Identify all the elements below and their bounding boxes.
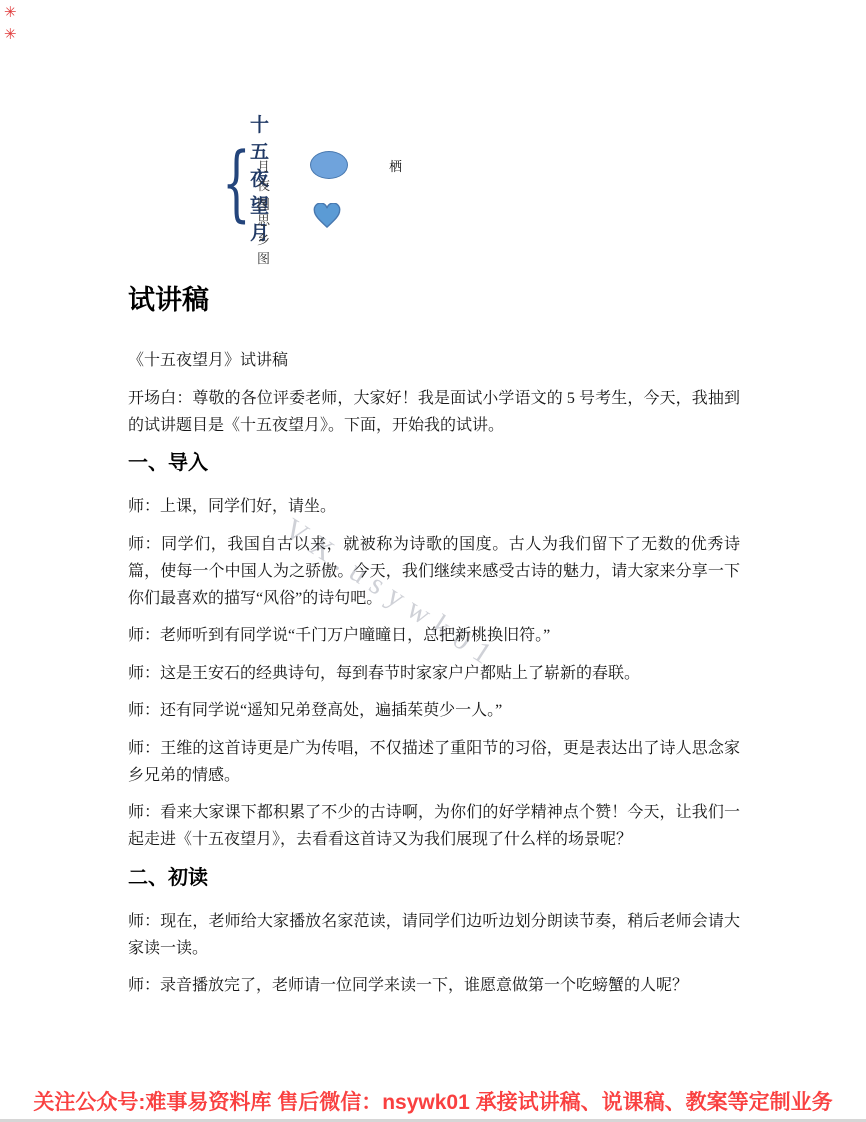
section-heading: 二、初读 [128, 864, 740, 892]
doc-paragraph: 师：现在，老师给大家播放名家范读，请同学们边听边划分朗读节奏，稍后老师会请大家读… [128, 908, 740, 962]
heart-shape-icon [313, 203, 341, 229]
brace-shape: { [222, 143, 251, 225]
doc-paragraph: 师：录音播放完了，老师请一位同学来读一下，谁愿意做第一个吃螃蟹的人呢？ [128, 972, 740, 999]
doc-paragraph: 师：还有同学说“遥知兄弟登高处，遍插茱萸少一人。” [128, 697, 740, 724]
doc-paragraph: 师：王维的这首诗更是广为传唱，不仅描述了重阳节的习俗，更是表达出了诗人思念家乡兄… [128, 735, 740, 789]
doc-paragraph: 师：老师听到有同学说“千门万户曈曈日，总把新桃换旧符。” [128, 622, 740, 649]
footer-banner: 关注公众号:难事易资料库 售后微信：nsywk01 承接试讲稿、说课稿、教案等定… [0, 1086, 866, 1116]
doc-paragraph: 开场白：尊敬的各位评委老师，大家好！我是面试小学语文的 5 号考生，今天，我抽到… [128, 385, 740, 439]
document-page: ✳ ✳ 十五夜望月 { 月夜图 栖 思乡图 VX.usywk01 试讲稿 《十五… [0, 0, 866, 1122]
mindmap-row-label: 月夜图 [257, 156, 270, 213]
corner-mark-icon: ✳ [4, 2, 17, 24]
mindmap-note: 栖 [389, 156, 402, 175]
document-blocks: 《十五夜望月》试讲稿开场白：尊敬的各位评委老师，大家好！我是面试小学语文的 5 … [128, 347, 740, 999]
section-heading: 一、导入 [128, 449, 740, 477]
corner-mark-icon: ✳ [4, 24, 17, 46]
document-body: 试讲稿 《十五夜望月》试讲稿开场白：尊敬的各位评委老师，大家好！我是面试小学语文… [128, 283, 740, 1010]
doc-paragraph: 师：同学们，我国自古以来，就被称为诗歌的国度。古人为我们留下了无数的优秀诗篇，使… [128, 531, 740, 612]
ellipse-shape [310, 151, 348, 179]
page-title: 试讲稿 [128, 283, 740, 317]
corner-marks: ✳ ✳ [4, 2, 17, 46]
doc-paragraph: 师：上课，同学们好，请坐。 [128, 493, 740, 520]
doc-paragraph: 《十五夜望月》试讲稿 [128, 347, 740, 374]
doc-paragraph: 师：看来大家课下都积累了不少的古诗啊，为你们的好学精神点个赞！今天，让我们一起走… [128, 799, 740, 853]
mindmap-row-label: 思乡图 [257, 210, 270, 267]
doc-paragraph: 师：这是王安石的经典诗句，每到春节时家家户户都贴上了崭新的春联。 [128, 660, 740, 687]
